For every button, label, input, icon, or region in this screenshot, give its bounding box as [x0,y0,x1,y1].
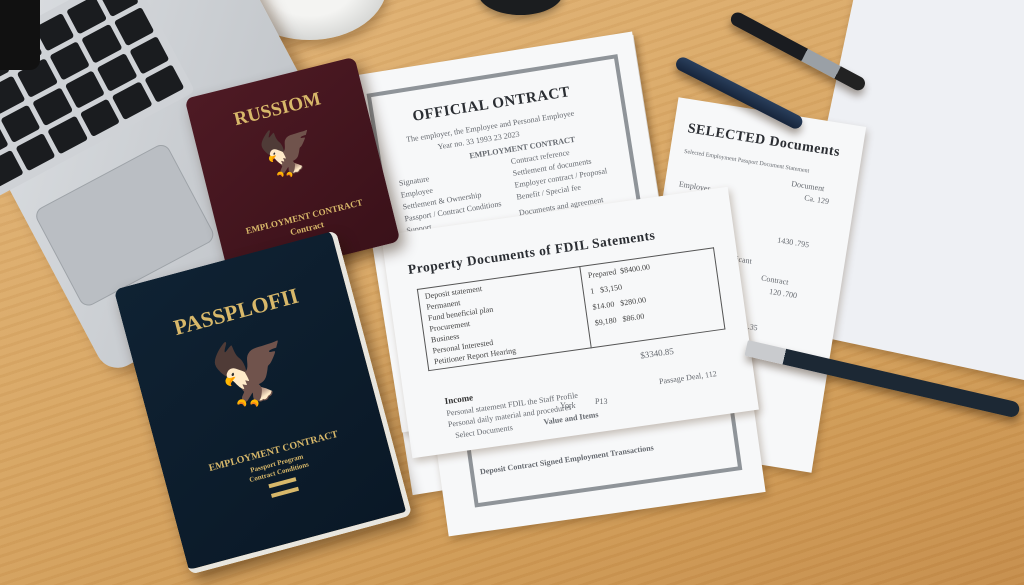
statement-values: Prepared $8400.00 1 $3,150 $14.00 $280.0… [580,248,725,348]
row-value: 1 [590,286,595,295]
selected-line: 120 .700 [768,286,797,301]
statement-total: $3340.85 [640,346,675,362]
chip-symbol-icon [268,477,299,498]
footer-right: Passage Deal, 112 [658,368,717,387]
selected-line: Ca. 129 [804,192,830,207]
header-value: $8400.00 [620,262,651,275]
row-value: $9,180 [594,316,617,328]
statement-labels: Deposit statement Permanent Fund benefic… [417,267,591,371]
selected-line: 1430 .795 [777,235,810,251]
footer-mid: York [560,400,576,411]
row-value: $280.00 [620,295,647,308]
laptop-screen [0,0,40,70]
header-label: Prepared [587,267,616,280]
selected-line: Contract [760,273,789,288]
double-headed-eagle-icon: 🦅 [204,326,300,419]
row-value: $14.00 [592,300,615,312]
row-value: $3,150 [600,282,623,294]
double-headed-eagle-icon: 🦅 [254,119,323,185]
footer-mid: P13 [595,396,607,407]
row-value: $86.00 [622,312,645,324]
